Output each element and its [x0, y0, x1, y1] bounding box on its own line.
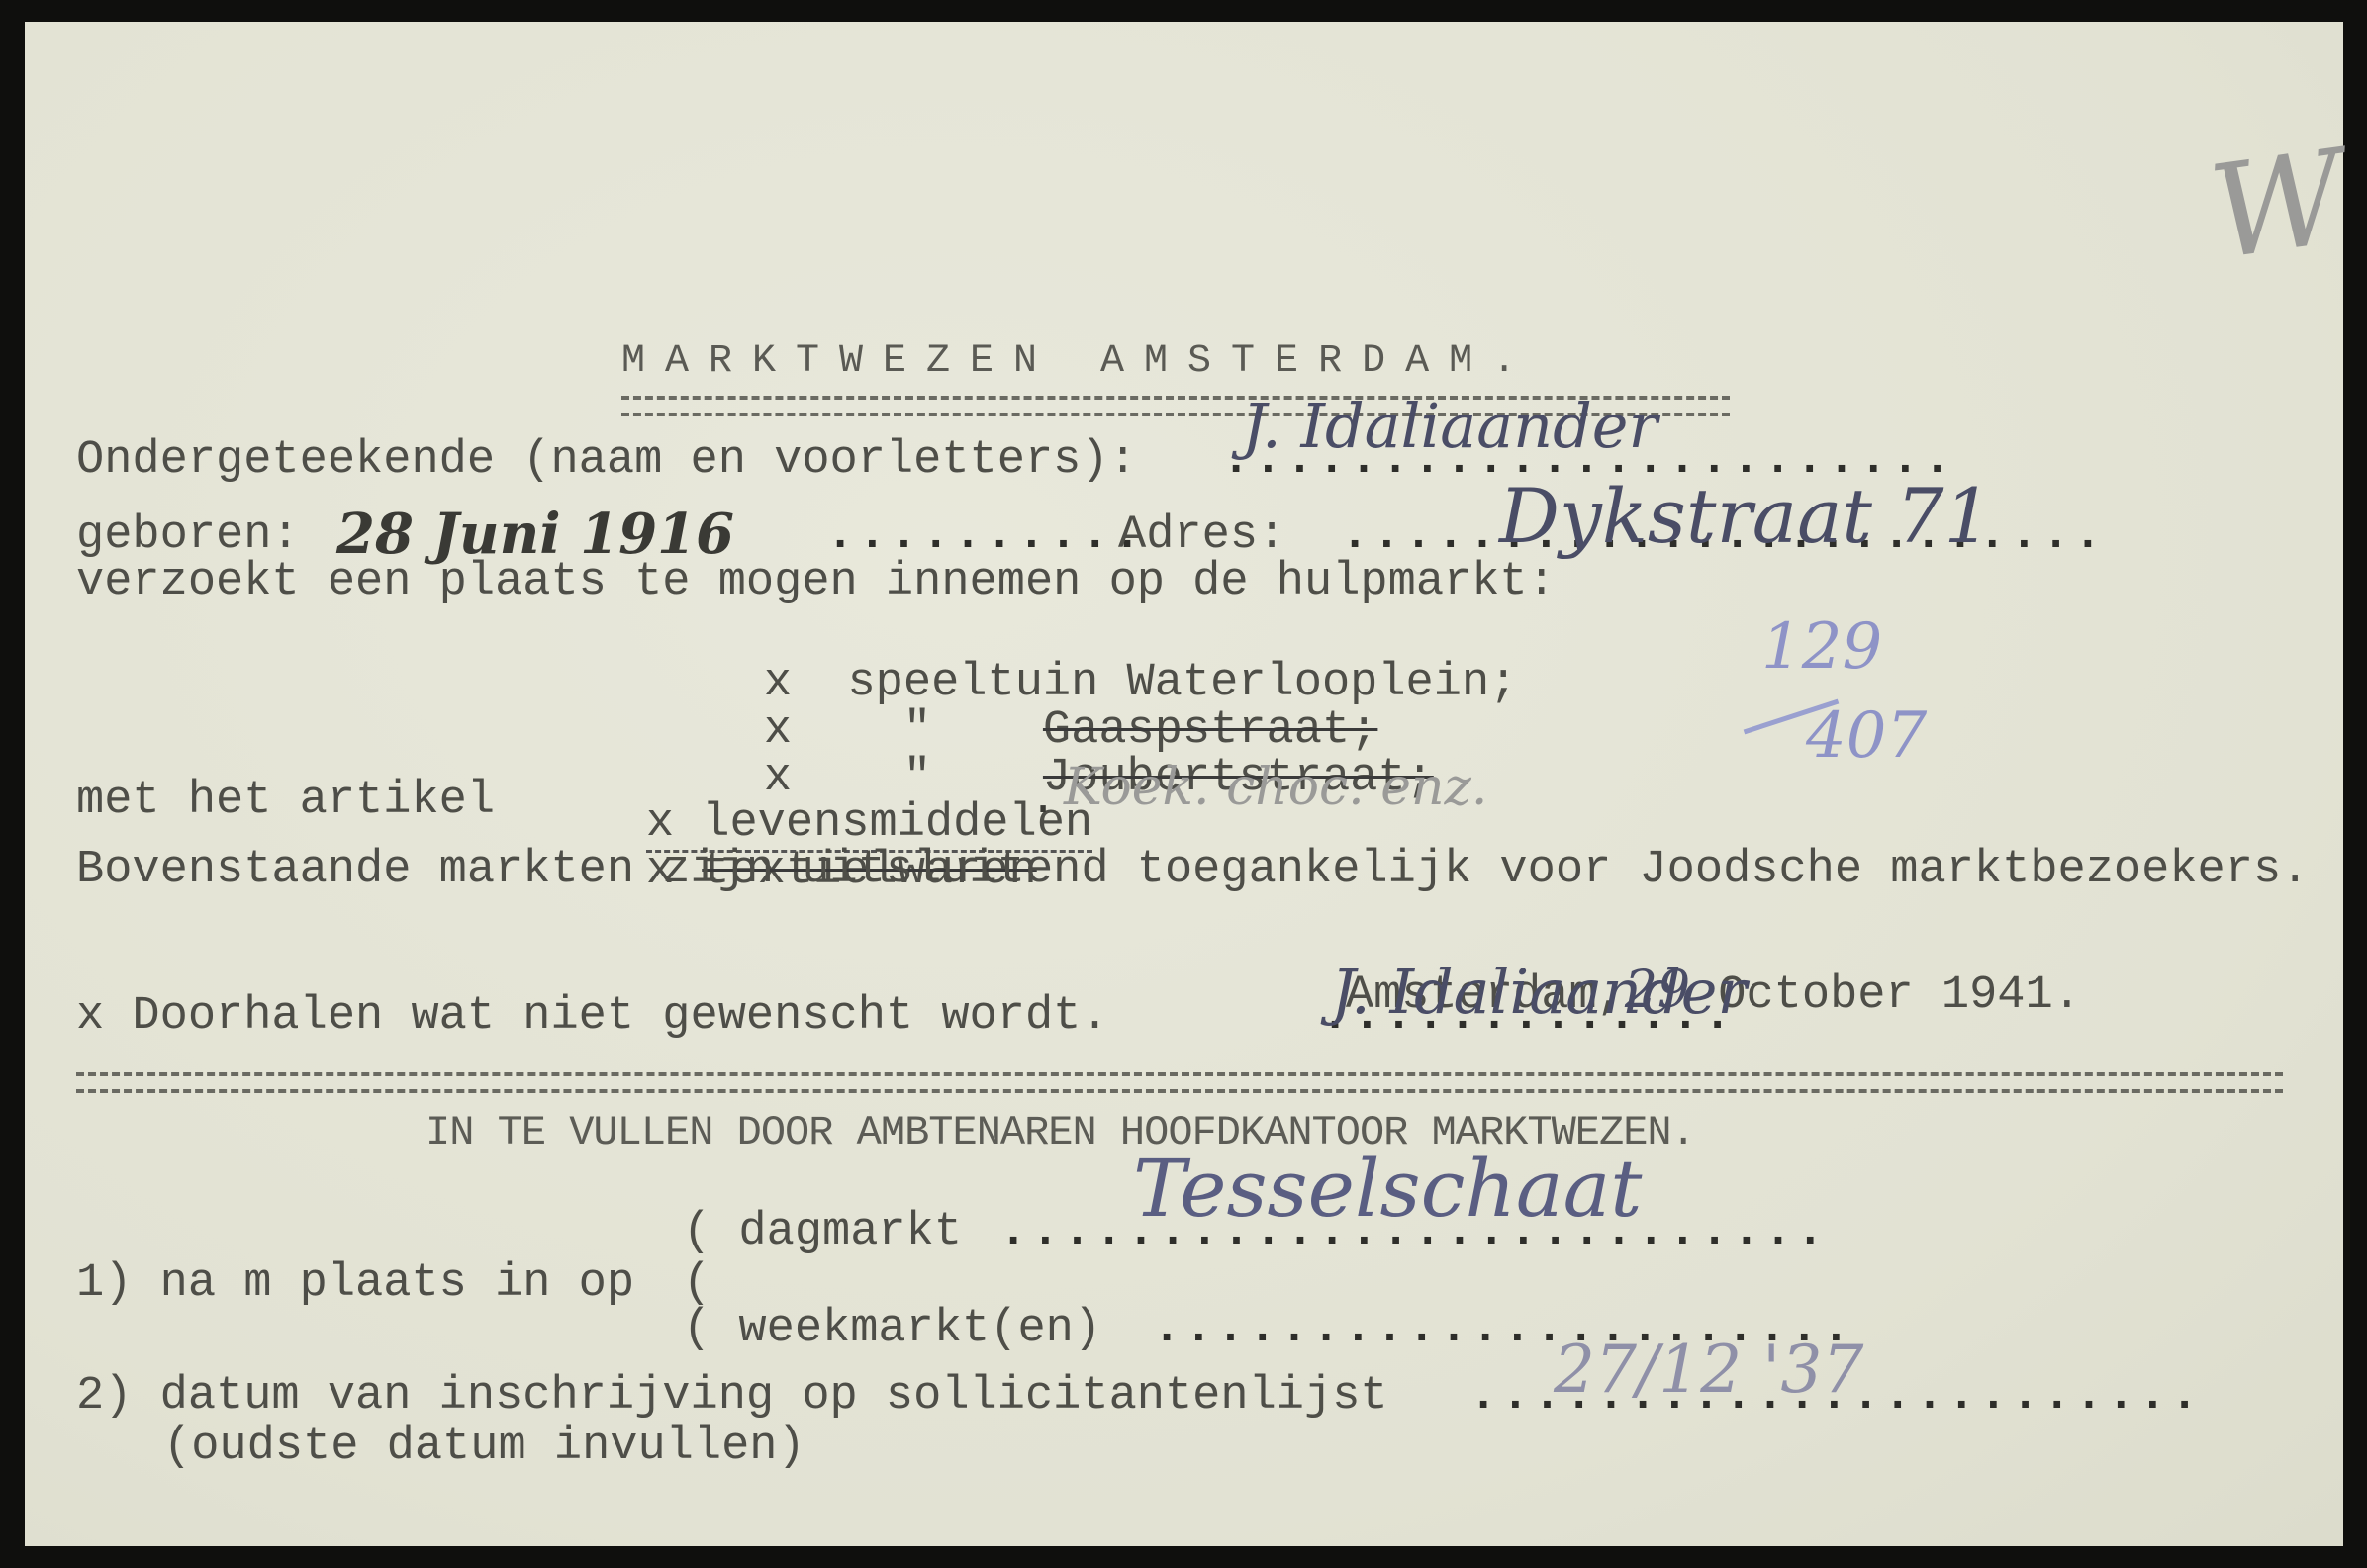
item2-label: 2) datum van inschrijving op sollicitant… [76, 1373, 1388, 1420]
section-double-rule [76, 1072, 2283, 1093]
request-line: verzoekt een plaats te mogen innemen op … [76, 559, 1556, 605]
signature[interactable]: J. Idaliaander [1331, 962, 1747, 1023]
month-year: October 1941. [1718, 969, 2081, 1022]
article-period: . [1029, 778, 1057, 824]
born-value[interactable]: 28 Juni 1916 [336, 507, 734, 562]
article-note: Koek. choc. enz. [1064, 762, 1487, 813]
item1-label: 1) na m plaats in op [76, 1260, 634, 1307]
applicant-name[interactable]: J. Idaliaander [1242, 396, 1657, 457]
item1-brace-mid: ( [683, 1260, 710, 1307]
item2-sub: (oudste datum invullen) [163, 1424, 805, 1470]
applicant-label: Ondergeteekende (naam en voorletters): [76, 437, 1137, 484]
item1-option-weekmarkt: ( weekmarkt(en) [683, 1306, 1101, 1352]
strike-instruction: x Doorhalen wat niet gewenscht wordt. [76, 993, 1109, 1040]
document-paper: W MARKTWEZEN AMSTERDAM. Ondergeteekende … [25, 22, 2343, 1546]
born-label: geboren: [76, 512, 300, 559]
article-label: met het artikel [76, 778, 495, 824]
item2-value[interactable]: 27/12 '37 [1554, 1337, 1863, 1403]
born-dots: .......... [826, 512, 1145, 559]
address-value[interactable]: Dykstraat 71 [1499, 479, 1992, 554]
item1-handwritten[interactable]: Tesselschaat [1133, 1150, 1642, 1229]
pencil-number-bottom: 407 [1806, 704, 1927, 768]
corner-mark: W [2204, 132, 2352, 277]
item1-option-dagmarkt: ( dagmarkt [683, 1209, 962, 1255]
notice-text: Bovenstaande markten zijn uitsluitend to… [76, 847, 2309, 893]
pencil-number-top: 129 [1761, 615, 1882, 679]
document-title: MARKTWEZEN AMSTERDAM. [621, 342, 1536, 382]
address-label: Adres: [1118, 512, 1285, 559]
